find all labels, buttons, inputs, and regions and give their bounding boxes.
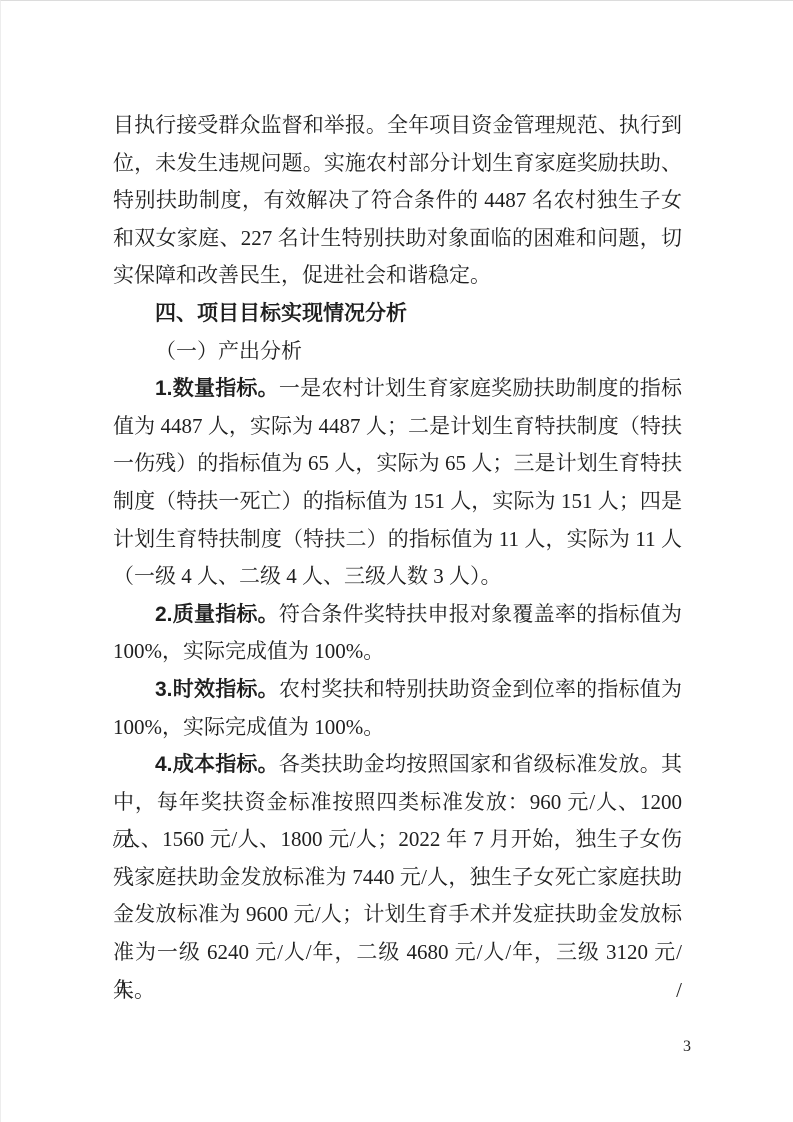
text-line: 准为一级 6240 元/人/年，二级 4680 元/人/年，三级 3120 元/…: [113, 934, 682, 972]
text-run: 一伤残）的指标值为 65 人，实际为 65 人；三是计划生育特扶: [113, 451, 682, 475]
bold-label: 2.质量指标。: [155, 603, 279, 626]
text-line: 3.时效指标。农村奖扶和特别扶助资金到位率的指标值为: [113, 671, 682, 709]
text-run: 准为一级 6240 元/人/年，二级 4680 元/人/年，三级 3120 元/…: [113, 940, 682, 1002]
text-run: 和双女家庭、227 名计生特别扶助对象面临的困难和问题，切: [113, 226, 682, 250]
text-run: 目执行接受群众监督和举报。全年项目资金管理规范、执行到: [113, 113, 682, 137]
text-run: 实保障和改善民生，促进社会和谐稳定。: [113, 263, 491, 287]
text-line: /人、1560 元/人、1800 元/人；2022 年 7 月开始，独生子女伤: [113, 821, 682, 859]
text-line: 100%，实际完成值为 100%。: [113, 709, 682, 747]
text-run: （一）产出分析: [155, 339, 302, 363]
text-run: 各类扶助金均按照国家和省级标准发放。其: [279, 752, 682, 776]
bold-label: 4.成本指标。: [155, 753, 279, 776]
document-page: 目执行接受群众监督和举报。全年项目资金管理规范、执行到位，未发生违规问题。实施农…: [0, 0, 793, 1122]
text-run: 年。: [113, 978, 155, 1002]
subsection-heading: （一）产出分析: [113, 333, 682, 371]
page-number: 3: [675, 1037, 699, 1057]
text-line: 残家庭扶助金发放标准为 7440 元/人，独生子女死亡家庭扶助: [113, 859, 682, 897]
text-line: 中，每年奖扶资金标准按照四类标准发放：960 元/人、1200 元: [113, 784, 682, 822]
text-run: 位，未发生违规问题。实施农村部分计划生育家庭奖励扶助、: [113, 151, 682, 175]
text-run: 农村奖扶和特别扶助资金到位率的指标值为: [279, 677, 682, 701]
text-line: 位，未发生违规问题。实施农村部分计划生育家庭奖励扶助、: [113, 145, 682, 183]
text-line: （一级 4 人、二级 4 人、三级人数 3 人）。: [113, 558, 682, 596]
text-run: 一是农村计划生育家庭奖励扶助制度的指标: [279, 376, 682, 400]
text-line: 100%，实际完成值为 100%。: [113, 633, 682, 671]
text-line: 制度（特扶一死亡）的指标值为 151 人，实际为 151 人；四是: [113, 483, 682, 521]
text-run: 特别扶助制度，有效解决了符合条件的 4487 名农村独生子女: [113, 188, 682, 212]
text-line: 特别扶助制度，有效解决了符合条件的 4487 名农村独生子女: [113, 182, 682, 220]
text-line: 实保障和改善民生，促进社会和谐稳定。: [113, 257, 682, 295]
bold-label: 3.时效指标。: [155, 678, 279, 701]
text-run: 值为 4487 人，实际为 4487 人；二是计划生育特扶制度（特扶: [113, 414, 682, 438]
text-line: 一伤残）的指标值为 65 人，实际为 65 人；三是计划生育特扶: [113, 445, 682, 483]
document-body: 目执行接受群众监督和举报。全年项目资金管理规范、执行到位，未发生违规问题。实施农…: [113, 107, 682, 1009]
bold-label: 四、项目目标实现情况分析: [155, 302, 407, 325]
text-run: 制度（特扶一死亡）的指标值为 151 人，实际为 151 人；四是: [113, 489, 682, 513]
text-line: 目执行接受群众监督和举报。全年项目资金管理规范、执行到: [113, 107, 682, 145]
text-line: 计划生育特扶制度（特扶二）的指标值为 11 人，实际为 11 人: [113, 521, 682, 559]
text-run: 计划生育特扶制度（特扶二）的指标值为 11 人，实际为 11 人: [113, 527, 682, 551]
text-run: 100%，实际完成值为 100%。: [113, 639, 384, 663]
text-run: 金发放标准为 9600 元/人；计划生育手术并发症扶助金发放标: [113, 902, 682, 926]
text-line: 值为 4487 人，实际为 4487 人；二是计划生育特扶制度（特扶: [113, 408, 682, 446]
text-run: 100%，实际完成值为 100%。: [113, 715, 384, 739]
text-run: 残家庭扶助金发放标准为 7440 元/人，独生子女死亡家庭扶助: [113, 865, 682, 889]
text-line: 和双女家庭、227 名计生特别扶助对象面临的困难和问题，切: [113, 220, 682, 258]
text-run: /人、1560 元/人、1800 元/人；2022 年 7 月开始，独生子女伤: [113, 827, 682, 851]
text-run: （一级 4 人、二级 4 人、三级人数 3 人）。: [113, 564, 502, 588]
text-line: 1.数量指标。一是农村计划生育家庭奖励扶助制度的指标: [113, 370, 682, 408]
text-line: 2.质量指标。符合条件奖特扶申报对象覆盖率的指标值为: [113, 596, 682, 634]
section-heading: 四、项目目标实现情况分析: [113, 295, 682, 333]
bold-label: 1.数量指标。: [155, 377, 279, 400]
text-line: 4.成本指标。各类扶助金均按照国家和省级标准发放。其: [113, 746, 682, 784]
text-line: 金发放标准为 9600 元/人；计划生育手术并发症扶助金发放标: [113, 896, 682, 934]
text-run: 符合条件奖特扶申报对象覆盖率的指标值为: [279, 602, 682, 626]
